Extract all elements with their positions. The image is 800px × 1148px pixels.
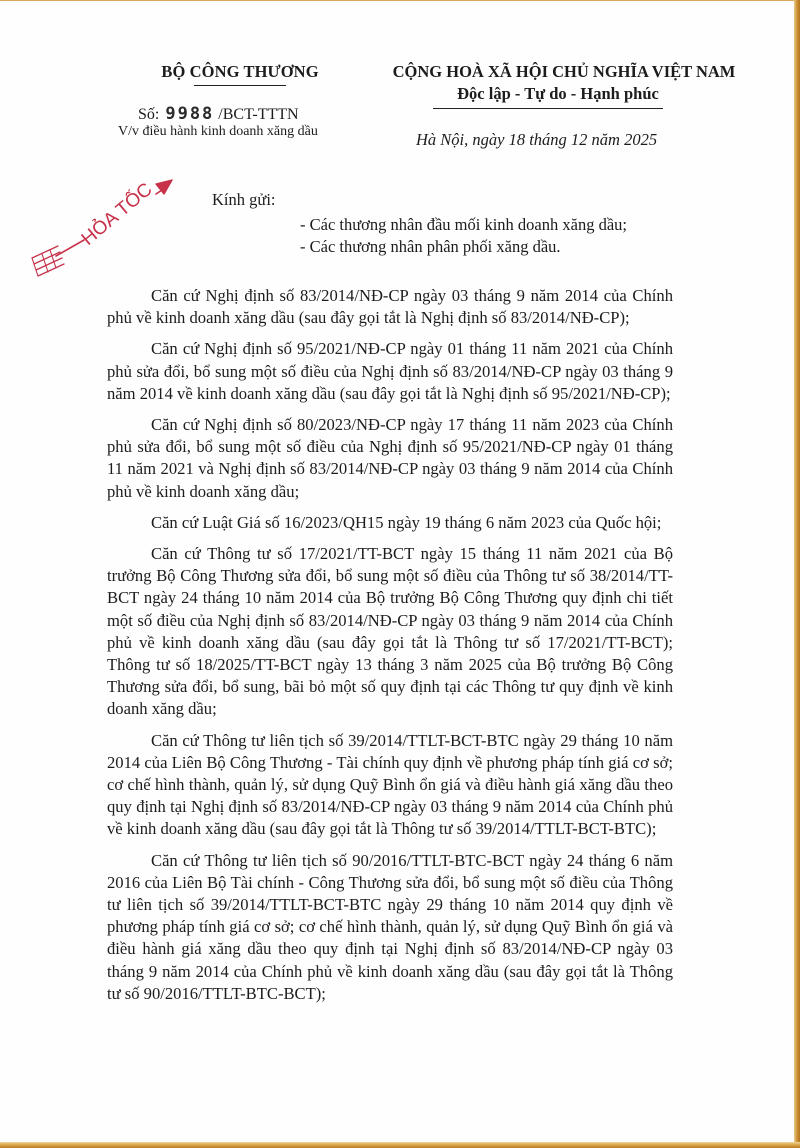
document-subject: V/v điều hành kinh doanh xăng dầu bbox=[118, 124, 318, 140]
scan-edge-top bbox=[0, 0, 800, 1]
place-and-date: Hà Nội, ngày 18 tháng 12 năm 2025 bbox=[416, 130, 657, 150]
national-title: CỘNG HOÀ XÃ HỘI CHỦ NGHĨA VIỆT NAM bbox=[348, 62, 780, 82]
scan-edge-right bbox=[794, 0, 800, 1148]
agency-underline bbox=[194, 85, 286, 86]
urgent-stamp: HỎA TỐC bbox=[18, 160, 178, 280]
issuing-agency: BỘ CÔNG THƯƠNG bbox=[120, 62, 360, 82]
national-header-block: CỘNG HOÀ XÃ HỘI CHỦ NGHĨA VIỆT NAM Độc l… bbox=[360, 62, 780, 109]
legal-basis-paragraph: Căn cứ Thông tư liên tịch số 90/2016/TTL… bbox=[107, 850, 673, 1005]
national-motto: Độc lập - Tự do - Hạnh phúc bbox=[336, 84, 780, 104]
svg-text:HỎA TỐC: HỎA TỐC bbox=[77, 178, 156, 250]
recipient-list: - Các thương nhân đầu mối kinh doanh xăn… bbox=[300, 214, 627, 258]
motto-underline bbox=[433, 108, 663, 109]
scan-edge-bottom bbox=[0, 1142, 800, 1148]
legal-basis-paragraph: Căn cứ Nghị định số 95/2021/NĐ-CP ngày 0… bbox=[107, 338, 673, 405]
document-number-suffix: /BCT-TTTN bbox=[218, 106, 298, 123]
issuing-agency-block: BỘ CÔNG THƯƠNG bbox=[120, 62, 360, 86]
document-body: Căn cứ Nghị định số 83/2014/NĐ-CP ngày 0… bbox=[107, 285, 673, 1014]
legal-basis-paragraph: Căn cứ Nghị định số 80/2023/NĐ-CP ngày 1… bbox=[107, 414, 673, 503]
recipient-item: - Các thương nhân phân phối xăng dầu. bbox=[300, 236, 627, 258]
legal-basis-paragraph: Căn cứ Luật Giá số 16/2023/QH15 ngày 19 … bbox=[107, 512, 673, 534]
document-number-prefix: Số: bbox=[138, 106, 159, 123]
legal-basis-paragraph: Căn cứ Thông tư liên tịch số 39/2014/TTL… bbox=[107, 730, 673, 841]
arrow-stamp-icon: HỎA TỐC bbox=[18, 160, 178, 280]
document-number: Số:9988/BCT-TTTN bbox=[138, 104, 299, 124]
salutation: Kính gửi: bbox=[212, 190, 276, 210]
document-page: BỘ CÔNG THƯƠNG Số:9988/BCT-TTTN V/v điều… bbox=[0, 0, 794, 1142]
document-number-value: 9988 bbox=[165, 104, 214, 124]
legal-basis-paragraph: Căn cứ Thông tư số 17/2021/TT-BCT ngày 1… bbox=[107, 543, 673, 721]
legal-basis-paragraph: Căn cứ Nghị định số 83/2014/NĐ-CP ngày 0… bbox=[107, 285, 673, 329]
recipient-item: - Các thương nhân đầu mối kinh doanh xăn… bbox=[300, 214, 627, 236]
